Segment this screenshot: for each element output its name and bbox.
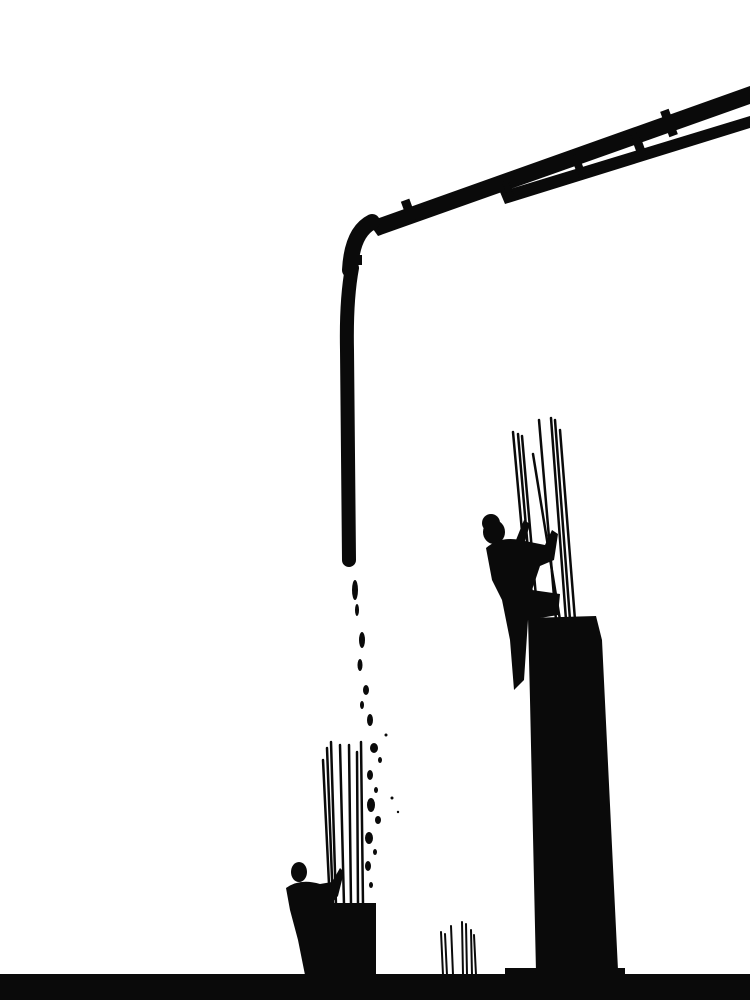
construction-silhouette-photo	[0, 0, 750, 1000]
